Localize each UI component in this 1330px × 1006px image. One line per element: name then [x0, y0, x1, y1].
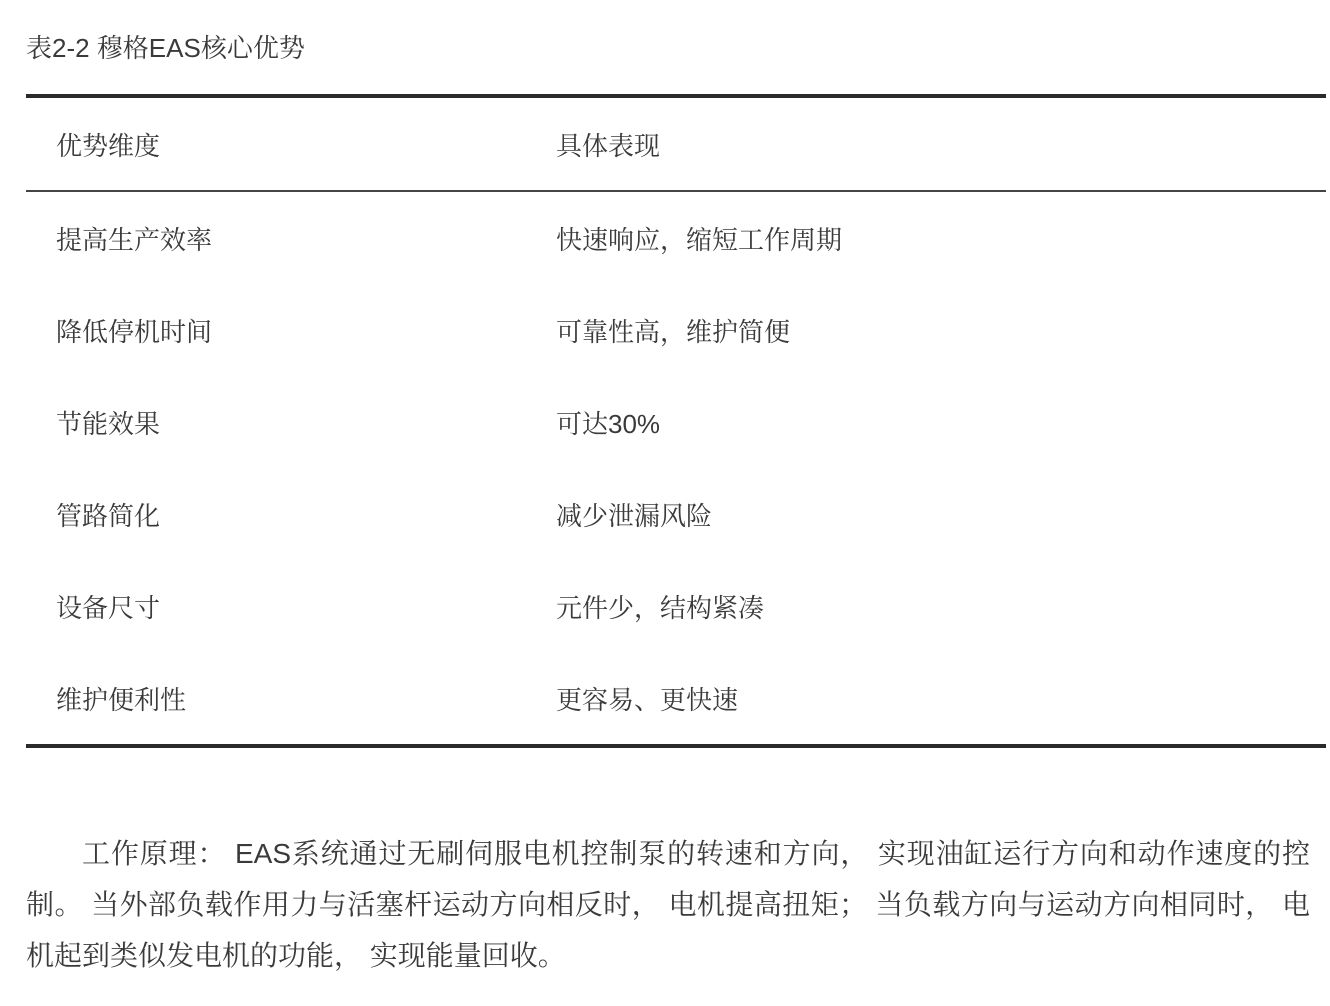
- table-header: 优势维度 具体表现: [26, 96, 1326, 191]
- cell-dimension: 降低停机时间: [26, 284, 556, 376]
- cell-performance: 快速响应，缩短工作周期: [556, 191, 1326, 284]
- column-header-dimension: 优势维度: [26, 96, 556, 191]
- table-body: 提高生产效率快速响应，缩短工作周期降低停机时间可靠性高，维护简便节能效果可达30…: [26, 191, 1326, 746]
- cell-dimension: 管路简化: [26, 468, 556, 560]
- table-row: 管路简化减少泄漏风险: [26, 468, 1326, 560]
- table-caption: 表2-2 穆格EAS核心优势: [26, 33, 1330, 63]
- cell-performance: 元件少，结构紧凑: [556, 560, 1326, 652]
- cell-dimension: 设备尺寸: [26, 560, 556, 652]
- cell-dimension: 维护便利性: [26, 652, 556, 746]
- cell-performance: 减少泄漏风险: [556, 468, 1326, 560]
- document-page: 表2-2 穆格EAS核心优势 优势维度 具体表现 提高生产效率快速响应，缩短工作…: [0, 0, 1330, 1006]
- cell-dimension: 提高生产效率: [26, 191, 556, 284]
- cell-dimension: 节能效果: [26, 376, 556, 468]
- working-principle-paragraph: 工作原理： EAS系统通过无刷伺服电机控制泵的转速和方向， 实现油缸运行方向和动…: [26, 828, 1310, 981]
- table-row: 降低停机时间可靠性高，维护简便: [26, 284, 1326, 376]
- cell-performance: 可达30%: [556, 376, 1326, 468]
- cell-performance: 可靠性高，维护简便: [556, 284, 1326, 376]
- column-header-performance: 具体表现: [556, 96, 1326, 191]
- table-row: 提高生产效率快速响应，缩短工作周期: [26, 191, 1326, 284]
- table-row: 维护便利性更容易、更快速: [26, 652, 1326, 746]
- table-row: 设备尺寸元件少，结构紧凑: [26, 560, 1326, 652]
- advantages-table: 优势维度 具体表现 提高生产效率快速响应，缩短工作周期降低停机时间可靠性高，维护…: [26, 94, 1326, 748]
- cell-performance: 更容易、更快速: [556, 652, 1326, 746]
- table-header-row: 优势维度 具体表现: [26, 96, 1326, 191]
- table-row: 节能效果可达30%: [26, 376, 1326, 468]
